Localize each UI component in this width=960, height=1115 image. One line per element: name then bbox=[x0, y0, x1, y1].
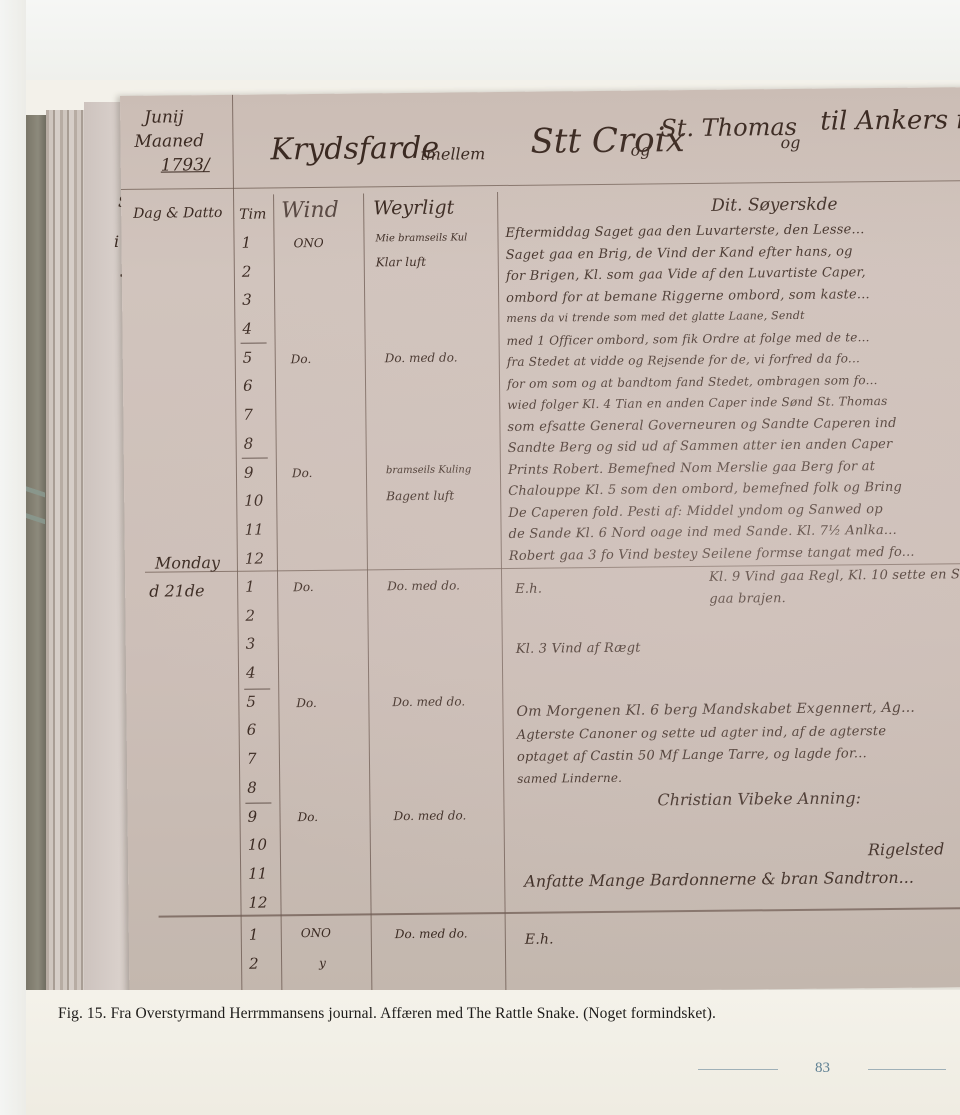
weather-entry: Do. med do. bbox=[393, 808, 466, 823]
hour-label: 2 bbox=[249, 949, 289, 978]
journal-title: imellem bbox=[421, 144, 486, 164]
hour-label: 4 bbox=[246, 658, 286, 687]
morning-remarks-block: Om Morgenen Kl. 6 berg Mandskabet Exgenn… bbox=[516, 699, 960, 794]
column-header-weather: Weyrligt bbox=[373, 197, 454, 220]
title-rule bbox=[121, 180, 960, 190]
hour-label: 12 bbox=[245, 544, 285, 573]
remark-short: Kl. 9 Vind gaa Regl, Kl. 10 sette en Sei… bbox=[709, 567, 960, 585]
page-left-margin bbox=[0, 0, 26, 1115]
weather-entry: Do. med do. bbox=[387, 578, 460, 593]
weather-entry: Do. med do. bbox=[385, 350, 458, 365]
folio-rule-right bbox=[868, 1069, 946, 1070]
month-label: Maaned bbox=[134, 131, 204, 152]
remark-line: Robert gaa 3 fo Vind bestey Seilene form… bbox=[509, 543, 960, 570]
hour-label: 7 bbox=[247, 744, 287, 773]
hour-label: 9 bbox=[247, 802, 287, 831]
column-header-date: Dag & Datto bbox=[133, 205, 222, 222]
journal-photograph: S. i 5 Junij Maaned 1793/ Krydsfarde ime… bbox=[26, 70, 960, 990]
hour-label: 9 bbox=[244, 458, 284, 487]
remarks-block: Eftermiddag Saget gaa den Luvarterste, d… bbox=[505, 221, 960, 570]
hour-label: 12 bbox=[248, 888, 288, 917]
journal-page: Junij Maaned 1793/ Krydsfarde imellem St… bbox=[120, 87, 960, 990]
wind-entry: Do. bbox=[293, 580, 314, 594]
signature: Rigelsted bbox=[868, 839, 945, 859]
weather-entry: bramseils Kuling bbox=[386, 464, 471, 476]
figure-caption: Fig. 15. Fra Overstyrmand Herrmmansens j… bbox=[58, 1005, 716, 1023]
weather-entry: Bagent luft bbox=[386, 489, 454, 504]
remark-short: gaa brajen. bbox=[709, 591, 786, 607]
month-label: Junij bbox=[144, 107, 184, 127]
previous-page-fragment: i bbox=[114, 232, 119, 251]
hour-label: 2 bbox=[242, 257, 282, 286]
weather-entry: Mie bramseils Kul bbox=[375, 232, 467, 244]
hour-label: 3 bbox=[242, 286, 282, 315]
page-number: 83 bbox=[815, 1060, 830, 1077]
wind-entry: y bbox=[319, 956, 326, 970]
wind-entry: Do. bbox=[297, 810, 318, 824]
hour-label: 2 bbox=[245, 601, 285, 630]
wind-entry: Do. bbox=[291, 352, 312, 366]
weather-entry: Do. med do. bbox=[395, 926, 468, 941]
hour-label: 8 bbox=[243, 429, 283, 458]
hour-label: 3 bbox=[246, 630, 286, 659]
hour-label: 11 bbox=[248, 859, 288, 888]
hour-list-day1: 1 2 3 4 5 6 7 8 9 10 11 12 bbox=[241, 228, 285, 573]
column-rule-wind bbox=[363, 193, 373, 990]
hour-label: 10 bbox=[248, 830, 288, 859]
remark-short: E.h. bbox=[525, 932, 554, 948]
journal-title: til Ankers i bbox=[820, 105, 960, 137]
journal-title: Krydsfarde bbox=[270, 131, 439, 168]
hour-label: 11 bbox=[244, 515, 284, 544]
weekday-label: Monday bbox=[155, 553, 220, 573]
hour-label: 1 bbox=[241, 228, 281, 257]
page-stack-edge bbox=[46, 110, 86, 990]
journal-title: og bbox=[630, 140, 650, 159]
year-label: 1793/ bbox=[161, 155, 210, 176]
weather-entry: Do. med do. bbox=[392, 694, 465, 709]
hour-label: 6 bbox=[243, 372, 283, 401]
wind-entry: ONO bbox=[293, 236, 323, 250]
column-header-time: Tim bbox=[239, 206, 266, 222]
folio-rule-left bbox=[698, 1069, 778, 1070]
column-header-wind: Wind bbox=[281, 198, 339, 224]
hour-label: 5 bbox=[246, 687, 286, 716]
signature: Christian Vibeke Anning: bbox=[657, 788, 861, 809]
journal-title: og bbox=[780, 133, 800, 152]
remark-short: E.h. bbox=[515, 582, 542, 597]
wind-entry: ONO bbox=[301, 926, 331, 940]
wind-entry: Do. bbox=[292, 466, 313, 480]
book-binding bbox=[26, 115, 46, 990]
hour-list-day2: 1 2 3 4 5 6 7 8 9 10 11 12 bbox=[245, 572, 289, 917]
date-label: d 21de bbox=[149, 581, 205, 601]
journal-title: St. Thomas bbox=[660, 113, 797, 142]
weather-entry: Klar luft bbox=[376, 255, 426, 270]
hour-label: 4 bbox=[242, 314, 282, 343]
hour-label: 5 bbox=[243, 343, 283, 372]
page-top-margin bbox=[0, 0, 960, 80]
column-header-remarks: Dit. Søyerskde bbox=[711, 194, 838, 215]
hour-label: 7 bbox=[243, 400, 283, 429]
hour-label: 8 bbox=[247, 773, 287, 802]
hour-label: 10 bbox=[244, 486, 284, 515]
hour-label: 1 bbox=[245, 572, 285, 601]
remark-line: Anfatte Mange Bardonnerne & bran Sandtro… bbox=[524, 868, 914, 891]
wind-entry: Do. bbox=[296, 696, 317, 710]
hour-label: 1 bbox=[249, 920, 289, 949]
column-rule-weather bbox=[497, 192, 507, 990]
hour-label: 6 bbox=[247, 716, 287, 745]
remark-short: Kl. 3 Vind af Rægt bbox=[516, 641, 641, 657]
hour-list-day3: 1 2 bbox=[249, 920, 290, 978]
